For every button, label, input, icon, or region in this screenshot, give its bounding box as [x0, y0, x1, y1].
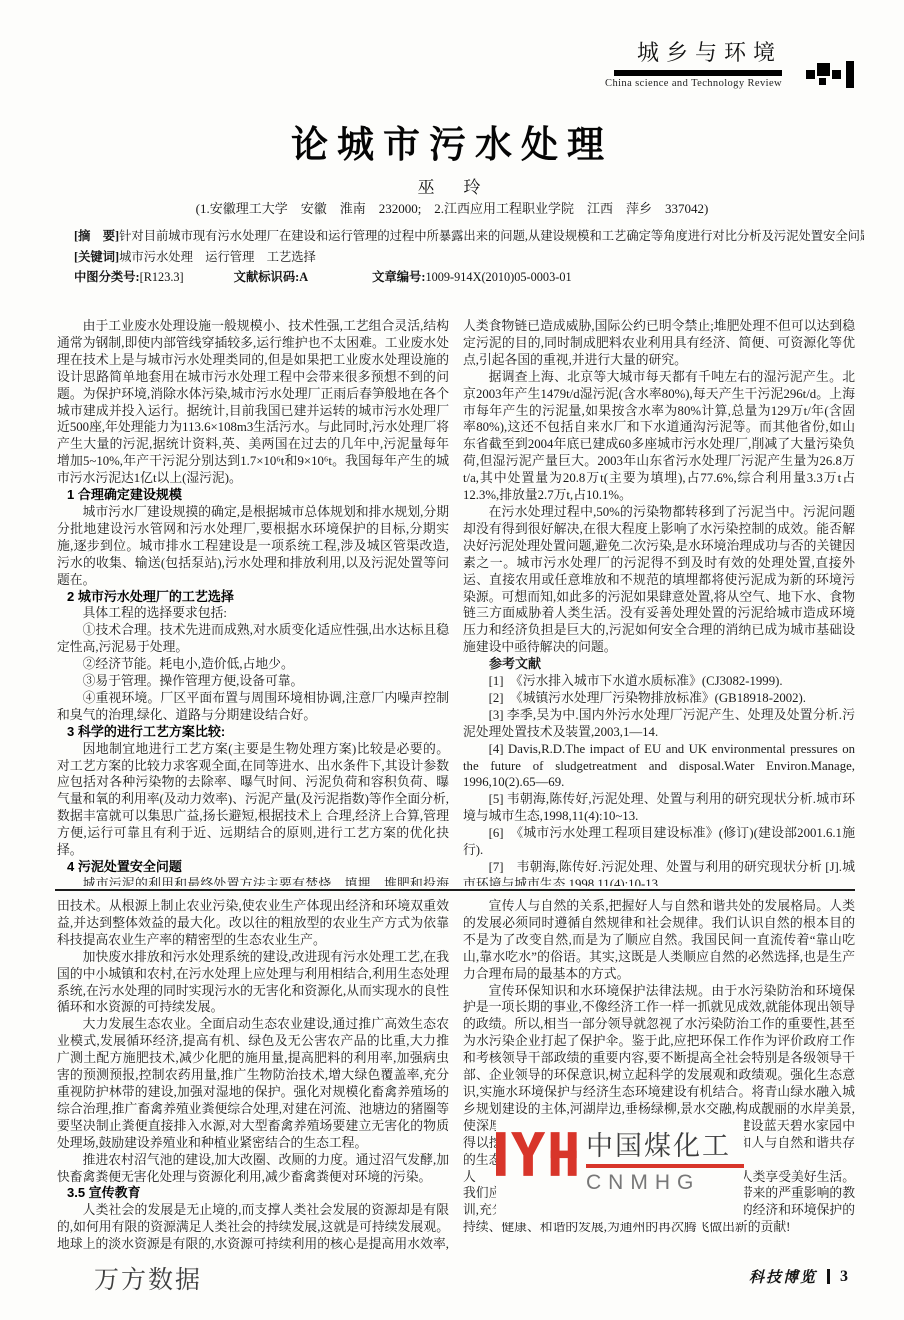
section-heading-1: 1 合理确定建设规模: [57, 487, 449, 504]
keywords-label: [关键词]: [74, 250, 119, 264]
journal-column-title: 城乡与环境: [542, 36, 782, 67]
paragraph: 在污水处理过程中,50%的污染物都转移到了污泥当中。污泥问题却没有得到很好解决,…: [463, 504, 855, 656]
text-fragment: 人: [463, 1169, 476, 1186]
paragraph: 大力发展生态农业。全面启动生态农业建设,通过推广高效生态农业模式,发展循环经济,…: [57, 1016, 449, 1151]
paragraph: 加快废水排放和污水处理系统的建设,改进现有污水处理工艺,在我国的中小城镇和农村,…: [57, 949, 449, 1017]
section-heading-3: 3 科学的进行工艺方案比较:: [57, 724, 449, 741]
watermark-text-block: 中国煤化工 CNMHG: [586, 1124, 744, 1195]
reference-item: [4] Davis,R.D.The impact of EU and UK en…: [463, 741, 855, 792]
article-divider-rule: [55, 889, 855, 891]
watermark-cn-text: 中国煤化工: [586, 1124, 744, 1163]
paragraph: 城市污水厂建设规摸的确定,是根据城市总体规划和排水规划,分期分批地建设污水管网和…: [57, 504, 449, 589]
cnmhg-watermark: 中国煤化工 CNMHG: [496, 1116, 744, 1222]
paragraph: 宣传人与自然的关系,把握好人与自然和谐共处的发展格局。人类的发展必须同时遵循自然…: [463, 898, 855, 983]
abstract-line: [摘 要]针对目前城市现有污水处理厂在建设和运行管理的过程中所暴露出来的问题,从…: [74, 226, 864, 247]
journal-name-english: China science and Technology Review: [542, 78, 782, 89]
watermark-red-rule: [586, 1164, 744, 1168]
author-name: 巫 玲: [0, 173, 904, 198]
section-heading-4: 4 污泥处置安全问题: [57, 859, 449, 876]
doc-code-label: 文献标识码:: [234, 267, 300, 288]
paragraph: ①技术合理。技术先进而成熟,对水质变化适应性强,出水达标且稳定性高,污泥易于处理…: [57, 622, 449, 656]
paragraph: ④重视环境。厂区平面布置与周围环境相协调,注意厂内噪声控制和臭气的治理,绿化、道…: [57, 690, 449, 724]
paragraph: 城市污泥的利用和最终处置方法主要有焚烧、填埋、堆肥和投海等,各种方式都有本身的优…: [57, 876, 449, 886]
abstract-label: [摘 要]: [74, 229, 119, 243]
left-column: 由于工业废水处理设施一般规模小、技术性强,工艺组合灵活,结构通常为钢制,即使内部…: [57, 318, 449, 886]
spacer: [184, 267, 234, 288]
reference-item: [6] 《城市污水处理工程项目建设标准》(修订)(建设部2001.6.1施行).: [463, 825, 855, 859]
keywords-line: [关键词]城市污水处理 运行管理 工艺选择: [74, 247, 864, 268]
cnmhg-logo-icon: [496, 1132, 578, 1181]
doc-code-value: A: [299, 267, 308, 288]
paragraph: 由于工业废水处理设施一般规模小、技术性强,工艺组合灵活,结构通常为钢制,即使内部…: [57, 318, 449, 487]
paragraph: 因地制宜地进行工艺方案(主要是生物处理方案)比较是必要的。对工艺方案的比较力求客…: [57, 741, 449, 859]
article-meta: [摘 要]针对目前城市现有污水处理厂在建设和运行管理的过程中所暴露出来的问题,从…: [74, 226, 864, 288]
wanfang-data-mark: 万方数据: [94, 1260, 202, 1296]
right-column: 人类食物链已造成威胁,国际公约已明令禁止;堆肥处理不但可以达到稳定污泥的目的,同…: [463, 318, 855, 886]
main-article-columns: 由于工业废水处理设施一般规模小、技术性强,工艺组合灵活,结构通常为钢制,即使内部…: [57, 318, 855, 886]
reference-item: [5] 韦朝海,陈传好,污泥处理、处置与利用的研究现状分析.城市环境与城市生态,…: [463, 791, 855, 825]
classification-line: 中图分类号:[R123.3] 文献标识码:A 文章编号:1009-914X(20…: [74, 267, 864, 288]
journal-header-text: 城乡与环境 China science and Technology Revie…: [542, 36, 782, 89]
abstract-text: 针对目前城市现有污水处理厂在建设和运行管理的过程中所暴露出来的问题,从建设规模和…: [119, 229, 864, 243]
reference-item: [7] 韦朝海,陈传好.污泥处理、处置与利用的研究现状分析 [J].城市环境与城…: [463, 859, 855, 886]
reference-item: [3] 李季,吴为中.国内外污水处理厂污泥产生、处理及处置分析.污泥处理处置技术…: [463, 707, 855, 741]
keywords-text: 城市污水处理 运行管理 工艺选择: [119, 250, 316, 264]
scanned-paper-page: 城乡与环境 China science and Technology Revie…: [0, 0, 904, 1320]
page-title: 论城市污水处理: [0, 114, 904, 168]
paragraph: ③易于管理。操作管理方便,设备可靠。: [57, 673, 449, 690]
section-heading-3-5: 3.5 宣传教育: [57, 1185, 449, 1202]
watermark-en-text: CNMHG: [586, 1171, 744, 1195]
paragraph: 田技术。从根源上制止农业污染,使农业生产体现出经济和环境双重效益,并达到整体效益…: [57, 898, 449, 949]
paragraph: 据调查上海、北京等大城市每天都有千吨左右的湿污泥产生。北京2003年产生1479…: [463, 369, 855, 504]
article-no-label: 文章编号:: [372, 267, 425, 288]
bottom-left-column: 田技术。从根源上制止农业污染,使农业生产体现出经济和环境双重效益,并达到整体效益…: [57, 898, 449, 1250]
footer-journal-name: 科技博览: [749, 1266, 817, 1287]
clc-label: 中图分类号:: [74, 267, 140, 288]
spacer: [308, 267, 372, 288]
reference-item: [1] 《污水排入城市下水道水质标准》(CJ3082-1999).: [463, 673, 855, 690]
paragraph: 人类社会的发展是无止境的,而支撑人类社会发展的资源却是有限的,如何用有限的资源满…: [57, 1202, 449, 1250]
journal-pixel-logo-icon: [806, 60, 856, 90]
header-rule: [614, 70, 782, 76]
author-affiliation: (1.安徽理工大学 安徽 淮南 232000; 2.江西应用工程职业学院 江西 …: [0, 198, 904, 217]
journal-header: 城乡与环境 China science and Technology Revie…: [536, 36, 856, 98]
paragraph: 人类食物链已造成威胁,国际公约已明令禁止;堆肥处理不但可以达到稳定污泥的目的,同…: [463, 318, 855, 369]
references-heading: 参考文献: [463, 656, 855, 673]
clc-value: [R123.3]: [140, 267, 184, 288]
page-footer: 科技博览 3: [749, 1266, 848, 1287]
page-number: 3: [840, 1268, 848, 1286]
footer-separator-bar: [827, 1269, 830, 1284]
reference-item: [2] 《城镇污水处理厂污染物排放标准》(GB18918-2002).: [463, 690, 855, 707]
section-heading-2: 2 城市污水处理厂的工艺选择: [57, 589, 449, 606]
paragraph: 推进农村沼气池的建设,加大改圈、改厕的力度。通过沼气发酵,加快畜禽粪便无害化处理…: [57, 1152, 449, 1186]
paragraph: 具体工程的选择要求包括:: [57, 605, 449, 622]
paragraph: ②经济节能。耗电小,造价低,占地少。: [57, 656, 449, 673]
article-no-value: 1009-914X(2010)05-0003-01: [425, 267, 571, 288]
